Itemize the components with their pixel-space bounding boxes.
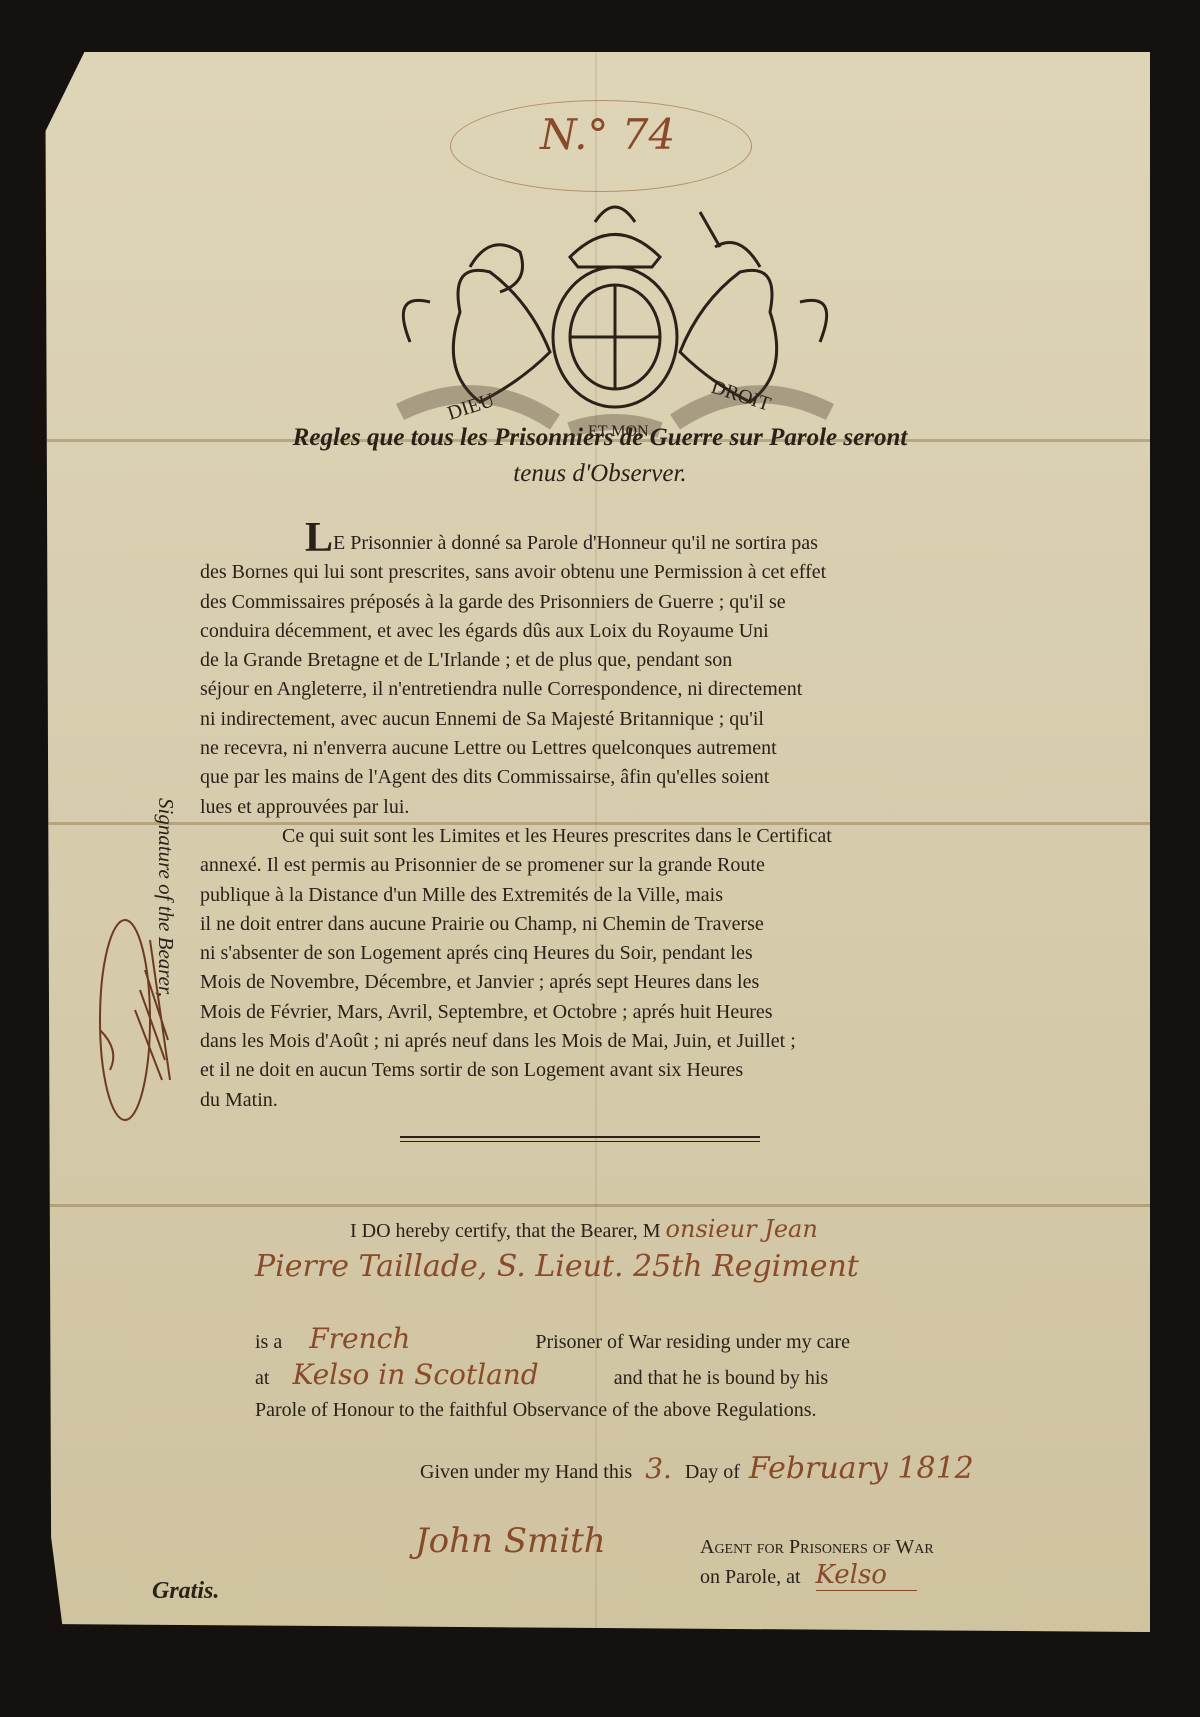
text-line: Mois de Février, Mars, Avril, Septembre,… — [200, 1001, 773, 1023]
royal-coat-of-arms-icon: DIEU ET MON DROIT — [380, 152, 850, 442]
text-line: lues et approuvées par lui. — [200, 796, 409, 818]
printed-text: Prisoner of War residing under my care — [535, 1331, 850, 1353]
agent-label-2: on Parole, at Kelso — [700, 1558, 917, 1594]
bearer-signature-icon — [90, 880, 180, 1130]
cert-line-4: at Kelso in Scotland and that he is boun… — [255, 1358, 828, 1395]
text-line: il ne doit entrer dans aucune Prairie ou… — [200, 913, 764, 935]
handwritten-day: 3. — [645, 1452, 672, 1485]
printed-text: on Parole, at — [700, 1566, 801, 1588]
handwritten-nationality: French — [309, 1322, 410, 1355]
text-line: séjour en Angleterre, il n'entretiendra … — [200, 678, 802, 700]
printed-text: Day of — [685, 1461, 740, 1483]
text-line: annexé. Il est permis au Prisonnier de s… — [200, 854, 765, 876]
text-line: Ce qui suit sont les Limites et les Heur… — [200, 825, 832, 847]
gratis-label: Gratis. — [152, 1578, 219, 1605]
paragraph-2: Ce qui suit sont les Limites et les Heur… — [200, 822, 990, 1115]
paragraph-1: LE Prisonnier à donné sa Parole d'Honneu… — [200, 528, 990, 822]
document-title: Regles que tous les Prisonniers de Guerr… — [200, 420, 1000, 492]
text-line: dans les Mois d'Août ; ni aprés neuf dan… — [200, 1030, 796, 1052]
printed-text: Given under my Hand this — [420, 1461, 632, 1483]
cert-line-3: is a French Prisoner of War residing und… — [255, 1322, 850, 1359]
text-line: que par les mains de l'Agent des dits Co… — [200, 766, 769, 788]
cert-line-5: Parole of Honour to the faithful Observa… — [255, 1393, 817, 1427]
text-line: E Prisonnier à donné sa Parole d'Honneur… — [333, 532, 818, 554]
title-line-1: Regles que tous les Prisonniers de Guerr… — [200, 420, 1000, 456]
handwritten-name-1: onsieur Jean — [666, 1215, 818, 1243]
text-line: ne recevra, ni n'enverra aucune Lettre o… — [200, 737, 777, 759]
handwritten-month-year: February 1812 — [749, 1451, 974, 1486]
text-line: ni s'absenter de son Logement aprés cinq… — [200, 942, 753, 964]
text-line: et il ne doit en aucun Tems sortir de so… — [200, 1059, 743, 1081]
handwritten-location: Kelso in Scotland — [292, 1358, 538, 1391]
printed-text: I DO hereby certify, that the Bearer, M — [350, 1220, 661, 1242]
printed-text: at — [255, 1367, 269, 1389]
text-line: des Bornes qui lui sont prescrites, sans… — [200, 561, 826, 583]
text-line: des Commissaires préposés à la garde des… — [200, 591, 786, 613]
text-line: ni indirectement, avec aucun Ennemi de S… — [200, 708, 764, 730]
cert-line-1: I DO hereby certify, that the Bearer, M … — [350, 1212, 818, 1248]
handwritten-name-2: Pierre Taillade, S. Lieut. 25th Regiment — [255, 1250, 859, 1284]
text-line: du Matin. — [200, 1089, 278, 1111]
text-line: Mois de Novembre, Décembre, et Janvier ;… — [200, 971, 759, 993]
printed-text: is a — [255, 1331, 282, 1353]
rules-text: LE Prisonnier à donné sa Parole d'Honneu… — [200, 528, 990, 1115]
text-line: de la Grande Bretagne et de L'Irlande ; … — [200, 649, 732, 671]
text-line: publique à la Distance d'un Mille des Ex… — [200, 884, 723, 906]
divider-rule — [400, 1136, 760, 1142]
given-date-line: Given under my Hand this 3. Day of Febru… — [420, 1452, 974, 1489]
text-line: conduira décemment, et avec les égards d… — [200, 620, 769, 642]
agent-signature: John Smith — [415, 1524, 606, 1558]
handwritten-agent-place: Kelso — [816, 1560, 917, 1591]
drop-cap: L — [305, 515, 333, 561]
title-line-2: tenus d'Observer. — [200, 456, 1000, 492]
printed-text: and that he is bound by his — [614, 1367, 828, 1389]
